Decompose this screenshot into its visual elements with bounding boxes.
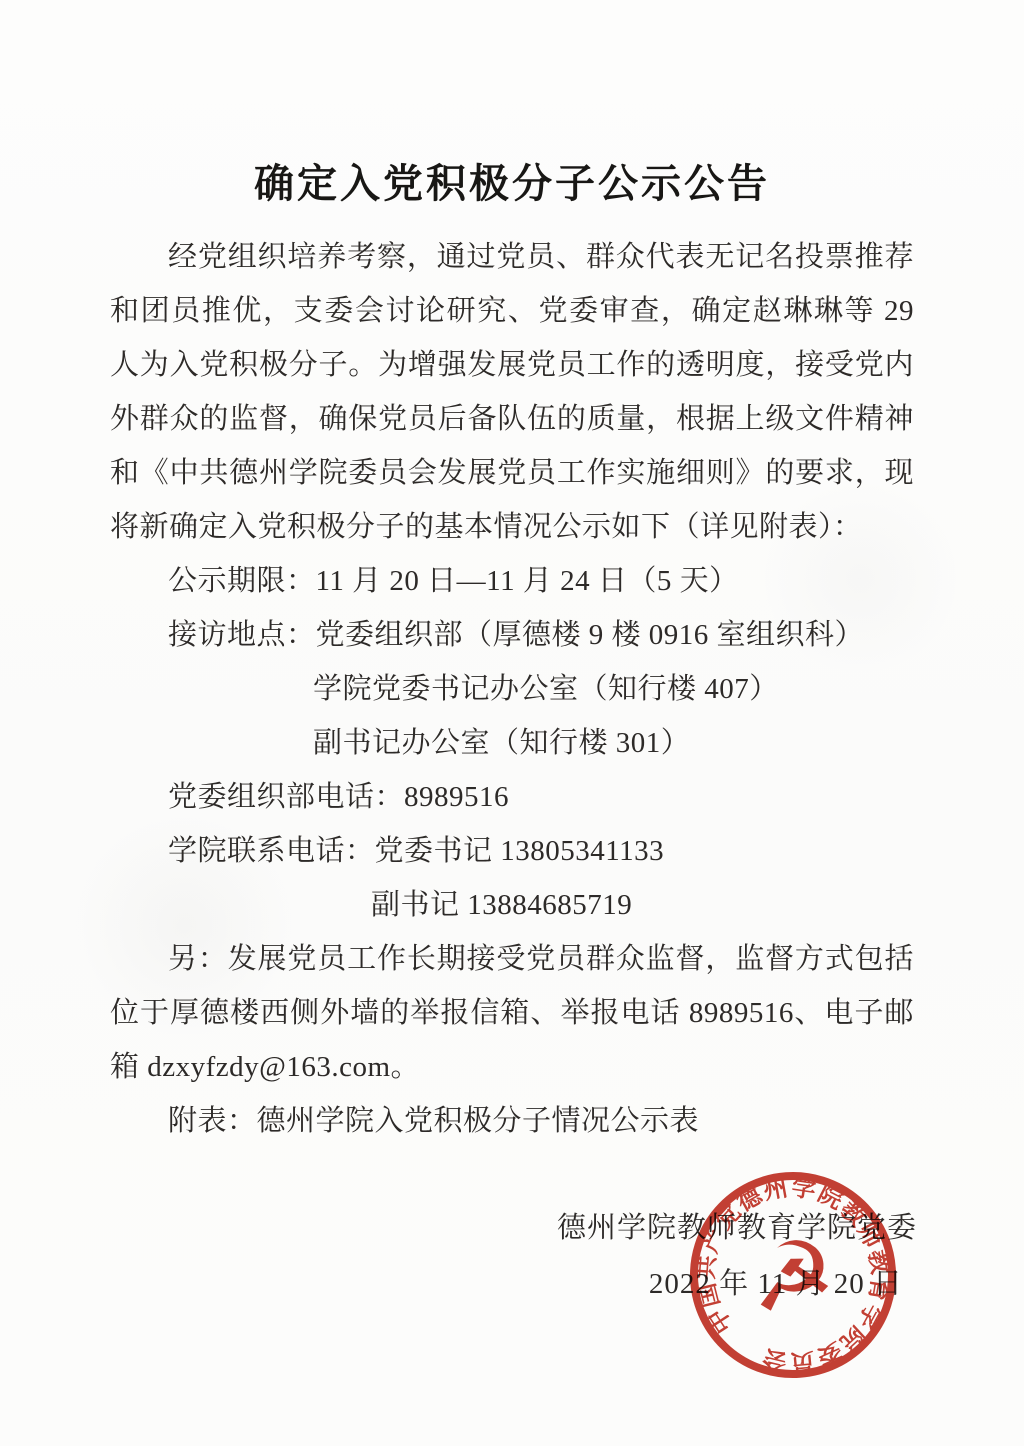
paragraph-intro: 经党组织培养考察，通过党员、群众代表无记名投票推荐和团员推优，支委会讨论研究、党…	[110, 230, 914, 554]
line-reception-location: 接访地点：党委组织部（厚德楼 9 楼 0916 室组织科）	[110, 608, 914, 662]
line-org-dept-phone: 党委组织部电话：8989516	[110, 770, 914, 824]
line-secretary-office: 学院党委书记办公室（知行楼 407）	[110, 662, 914, 716]
signature-block: 德州学院教师教育学院党委 2022 年 11 月 20 日	[0, 1200, 1024, 1312]
document-body: 经党组织培养考察，通过党员、群众代表无记名投票推荐和团员推优，支委会讨论研究、党…	[110, 230, 914, 1148]
document-title: 确定入党积极分子公示公告	[0, 152, 1024, 216]
signature-date: 2022 年 11 月 20 日	[0, 1256, 1024, 1312]
line-deputy-secretary-office: 副书记办公室（知行楼 301）	[110, 716, 914, 770]
line-attachment: 附表：德州学院入党积极分子情况公示表	[110, 1094, 914, 1148]
paragraph-supervision: 另：发展党员工作长期接受党员群众监督，监督方式包括位于厚德楼西侧外墙的举报信箱、…	[110, 932, 914, 1094]
line-public-notice-period: 公示期限：11 月 20 日—11 月 24 日（5 天）	[110, 554, 914, 608]
line-deputy-secretary-phone: 副书记 13884685719	[110, 878, 914, 932]
signature-organization: 德州学院教师教育学院党委	[0, 1200, 1024, 1256]
line-college-contact-phone: 学院联系电话：党委书记 13805341133	[110, 824, 914, 878]
document-page: 确定入党积极分子公示公告 经党组织培养考察，通过党员、群众代表无记名投票推荐和团…	[0, 0, 1024, 1446]
